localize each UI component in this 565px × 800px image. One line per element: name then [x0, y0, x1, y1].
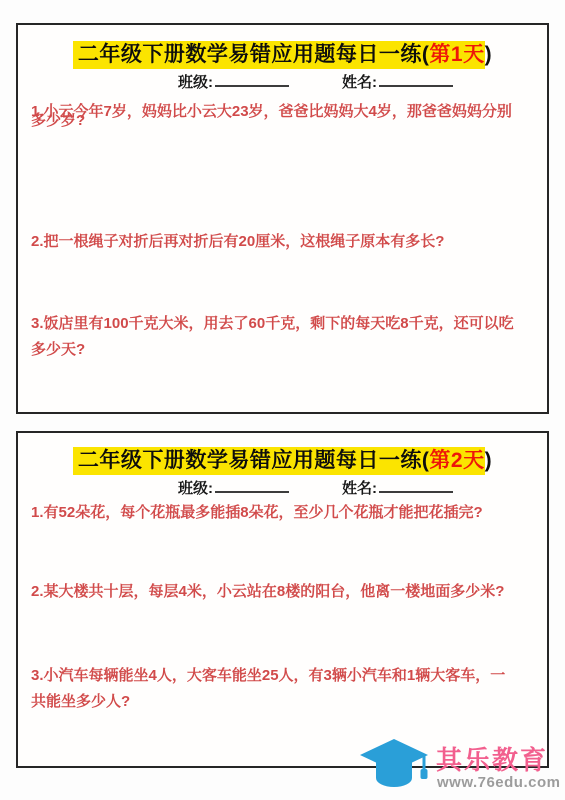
- question-line: 1.有52朵花，每个花瓶最多能插8朵花，至少几个花瓶才能把花插完?: [31, 500, 539, 526]
- title-main-text: 二年级下册数学易错应用题每日一练(: [78, 43, 430, 66]
- header-fields-day2: 班级: 姓名:: [178, 478, 453, 497]
- worksheet-title-day1: 二年级下册数学易错应用题每日一练(第1天): [18, 38, 547, 68]
- question-line: 1.小云今年7岁，妈妈比小云大23岁，爸爸比妈妈大4岁，那爸爸妈妈分别: [31, 104, 539, 119]
- header-fields-day1: 班级: 姓名:: [178, 72, 453, 91]
- question-2-day2: 2.某大楼共十层，每层4米，小云站在8楼的阳台，他离一楼地面多少米?: [31, 579, 539, 605]
- class-field-blank: [215, 478, 289, 493]
- class-field-blank: [215, 72, 289, 87]
- title-main-text: 二年级下册数学易错应用题每日一练(: [78, 449, 430, 472]
- question-line: 2.某大楼共十层，每层4米，小云站在8楼的阳台，他离一楼地面多少米?: [31, 579, 539, 605]
- name-label: 姓名:: [342, 480, 377, 497]
- worksheet-panel-day1: 二年级下册数学易错应用题每日一练(第1天) 班级: 姓名: 1.小云今年7岁，妈…: [16, 23, 549, 414]
- name-field-blank: [379, 478, 453, 493]
- title-close-paren: ): [485, 449, 493, 472]
- question-line: 3.小汽车每辆能坐4人，大客车能坐25人，有3辆小汽车和1辆大客车，一: [31, 663, 539, 689]
- title-day-badge: 第1天: [429, 43, 484, 66]
- question-3-day2: 3.小汽车每辆能坐4人，大客车能坐25人，有3辆小汽车和1辆大客车，一 共能坐多…: [31, 663, 539, 715]
- title-highlight: 二年级下册数学易错应用题每日一练(第1天: [73, 41, 485, 69]
- worksheet-panel-day2: 二年级下册数学易错应用题每日一练(第2天) 班级: 姓名: 1.有52朵花，每个…: [16, 431, 549, 768]
- class-label: 班级:: [178, 74, 213, 91]
- title-day-badge: 第2天: [429, 449, 484, 472]
- title-highlight: 二年级下册数学易错应用题每日一练(第2天: [73, 447, 485, 475]
- name-field-blank: [379, 72, 453, 87]
- worksheet-title-day2: 二年级下册数学易错应用题每日一练(第2天): [18, 444, 547, 474]
- title-close-paren: ): [485, 43, 493, 66]
- question-1-day1: 1.小云今年7岁，妈妈比小云大23岁，爸爸比妈妈大4岁，那爸爸妈妈分别 多少岁?: [31, 104, 539, 128]
- graduation-cap-icon: [358, 738, 432, 798]
- question-line: 3.饭店里有100千克大米，用去了60千克，剩下的每天吃8千克，还可以吃: [31, 311, 539, 337]
- question-2-day1: 2.把一根绳子对折后再对折后有20厘米，这根绳子原本有多长?: [31, 229, 539, 255]
- brand-watermark: 其乐教育 www.76edu.com: [358, 736, 563, 800]
- brand-name: 其乐教育: [436, 740, 548, 777]
- brand-website: www.76edu.com: [437, 774, 560, 791]
- class-label: 班级:: [178, 480, 213, 497]
- question-line: 多少天?: [31, 337, 539, 363]
- class-field: 班级:: [178, 72, 289, 91]
- question-1-day2: 1.有52朵花，每个花瓶最多能插8朵花，至少几个花瓶才能把花插完?: [31, 500, 539, 526]
- name-label: 姓名:: [342, 74, 377, 91]
- question-line: 共能坐多少人?: [31, 689, 539, 715]
- question-line: 2.把一根绳子对折后再对折后有20厘米，这根绳子原本有多长?: [31, 229, 539, 255]
- name-field: 姓名:: [342, 72, 453, 91]
- question-3-day1: 3.饭店里有100千克大米，用去了60千克，剩下的每天吃8千克，还可以吃 多少天…: [31, 311, 539, 363]
- name-field: 姓名:: [342, 478, 453, 497]
- class-field: 班级:: [178, 478, 289, 497]
